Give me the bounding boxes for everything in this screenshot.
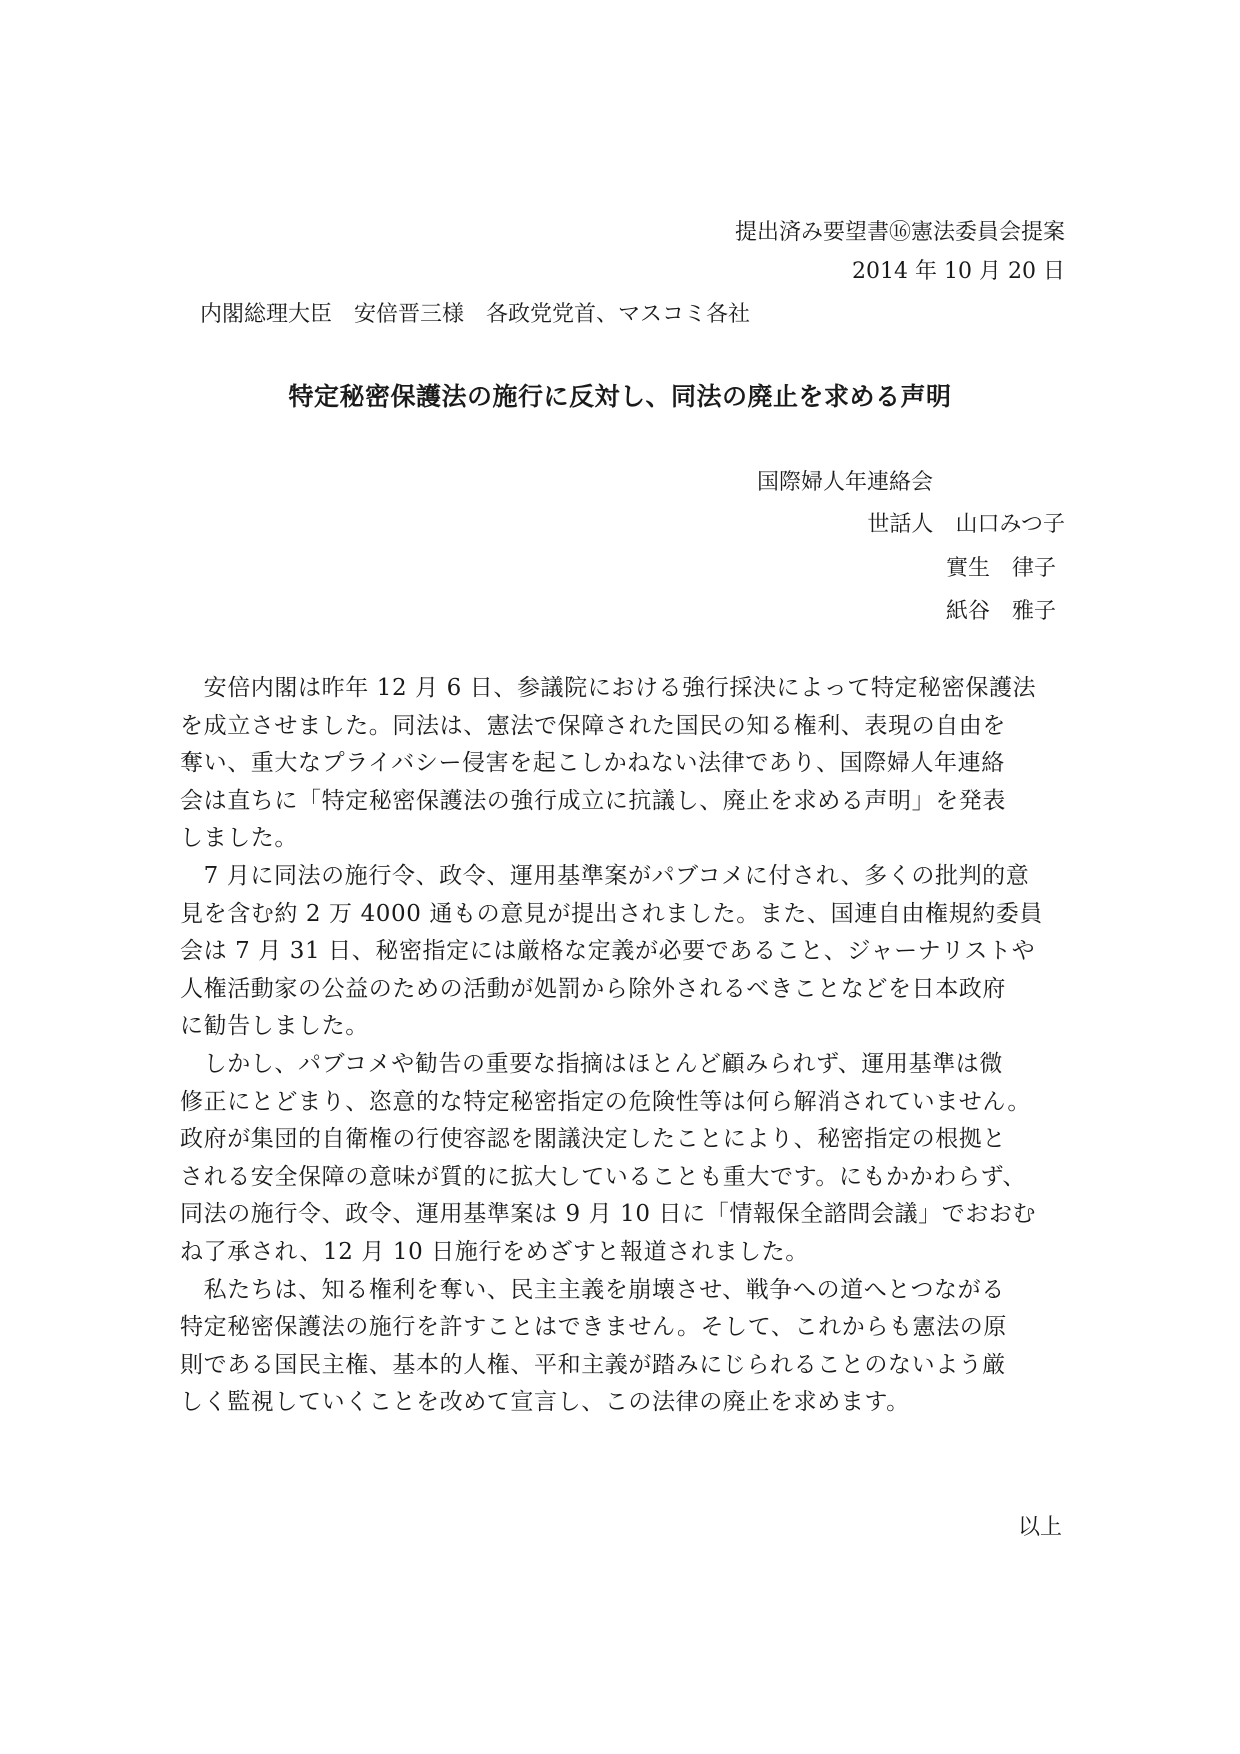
body-line: ね了承され、12 月 10 日施行をめざすと報道されました。 [180, 1234, 1070, 1272]
reference-line: 提出済み要望書⑯憲法委員会提案 [735, 218, 1065, 248]
body-line: に勧告しました。 [180, 1008, 1070, 1046]
sender-member-name: 山口みつ子 [955, 512, 1065, 537]
statement-body: 安倍内閣は昨年 12 月 6 日、参議院における強行採決によって特定秘密保護法 … [180, 670, 1070, 1422]
body-line: 安倍内閣は昨年 12 月 6 日、参議院における強行採決によって特定秘密保護法 [180, 670, 1070, 708]
document-date: 2014 年 10 月 20 日 [852, 257, 1065, 287]
body-line: しかし、パブコメや勧告の重要な指摘はほとんど顧みられず、運用基準は微 [180, 1046, 1070, 1084]
sender-member-name: 實生 律子 [946, 554, 1056, 584]
body-line: 政府が集団的自衛権の行使容認を閣議決定したことにより、秘密指定の根拠と [180, 1121, 1070, 1159]
body-line: 私たちは、知る権利を奪い、民主主義を崩壊させ、戦争への道へとつながる [180, 1272, 1070, 1310]
body-line: 修正にとどまり、恣意的な特定秘密指定の危険性等は何ら解消されていません。 [180, 1084, 1070, 1122]
body-line: 特定秘密保護法の施行を許すことはできません。そして、これからも憲法の原 [180, 1309, 1070, 1347]
body-line: 会は 7 月 31 日、秘密指定には厳格な定義が必要であること、ジャーナリストや [180, 933, 1070, 971]
sender-organization: 国際婦人年連絡会 [757, 468, 933, 498]
sender-role: 世話人 [867, 510, 933, 540]
body-line: 奪い、重大なプライバシー侵害を起こしかねない法律であり、国際婦人年連絡 [180, 745, 1070, 783]
body-line: される安全保障の意味が質的に拡大していることも重大です。にもかかわらず、 [180, 1159, 1070, 1197]
body-line: しました。 [180, 820, 1070, 858]
document-title: 特定秘密保護法の施行に反対し、同法の廃止を求める声明 [0, 380, 1240, 414]
body-line: 同法の施行令、政令、運用基準案は 9 月 10 日に「情報保全諮問会議」でおおむ [180, 1196, 1070, 1234]
body-line: しく監視していくことを改めて宣言し、この法律の廃止を求めます。 [180, 1384, 1070, 1422]
sender-representative-row: 世話人山口みつ子 [867, 510, 1065, 540]
body-line: 会は直ちに「特定秘密保護法の強行成立に抗議し、廃止を求める声明」を発表 [180, 783, 1070, 821]
sender-member-name: 紙谷 雅子 [946, 597, 1056, 627]
body-line: 人権活動家の公益のための活動が処罰から除外されるべきことなどを日本政府 [180, 971, 1070, 1009]
addressees: 内閣総理大臣 安倍晋三様 各政党党首、マスコミ各社 [200, 300, 750, 330]
body-line: を成立させました。同法は、憲法で保障された国民の知る権利、表現の自由を [180, 708, 1070, 746]
closing-mark: 以上 [1018, 1513, 1062, 1543]
body-line: 則である国民主権、基本的人権、平和主義が踏みにじられることのないよう厳 [180, 1347, 1070, 1385]
document-page: 提出済み要望書⑯憲法委員会提案 2014 年 10 月 20 日 内閣総理大臣 … [0, 0, 1240, 1754]
body-line: 7 月に同法の施行令、政令、運用基準案がパブコメに付され、多くの批判的意 [180, 858, 1070, 896]
body-line: 見を含む約 2 万 4000 通もの意見が提出されました。また、国連自由権規約委… [180, 896, 1070, 934]
